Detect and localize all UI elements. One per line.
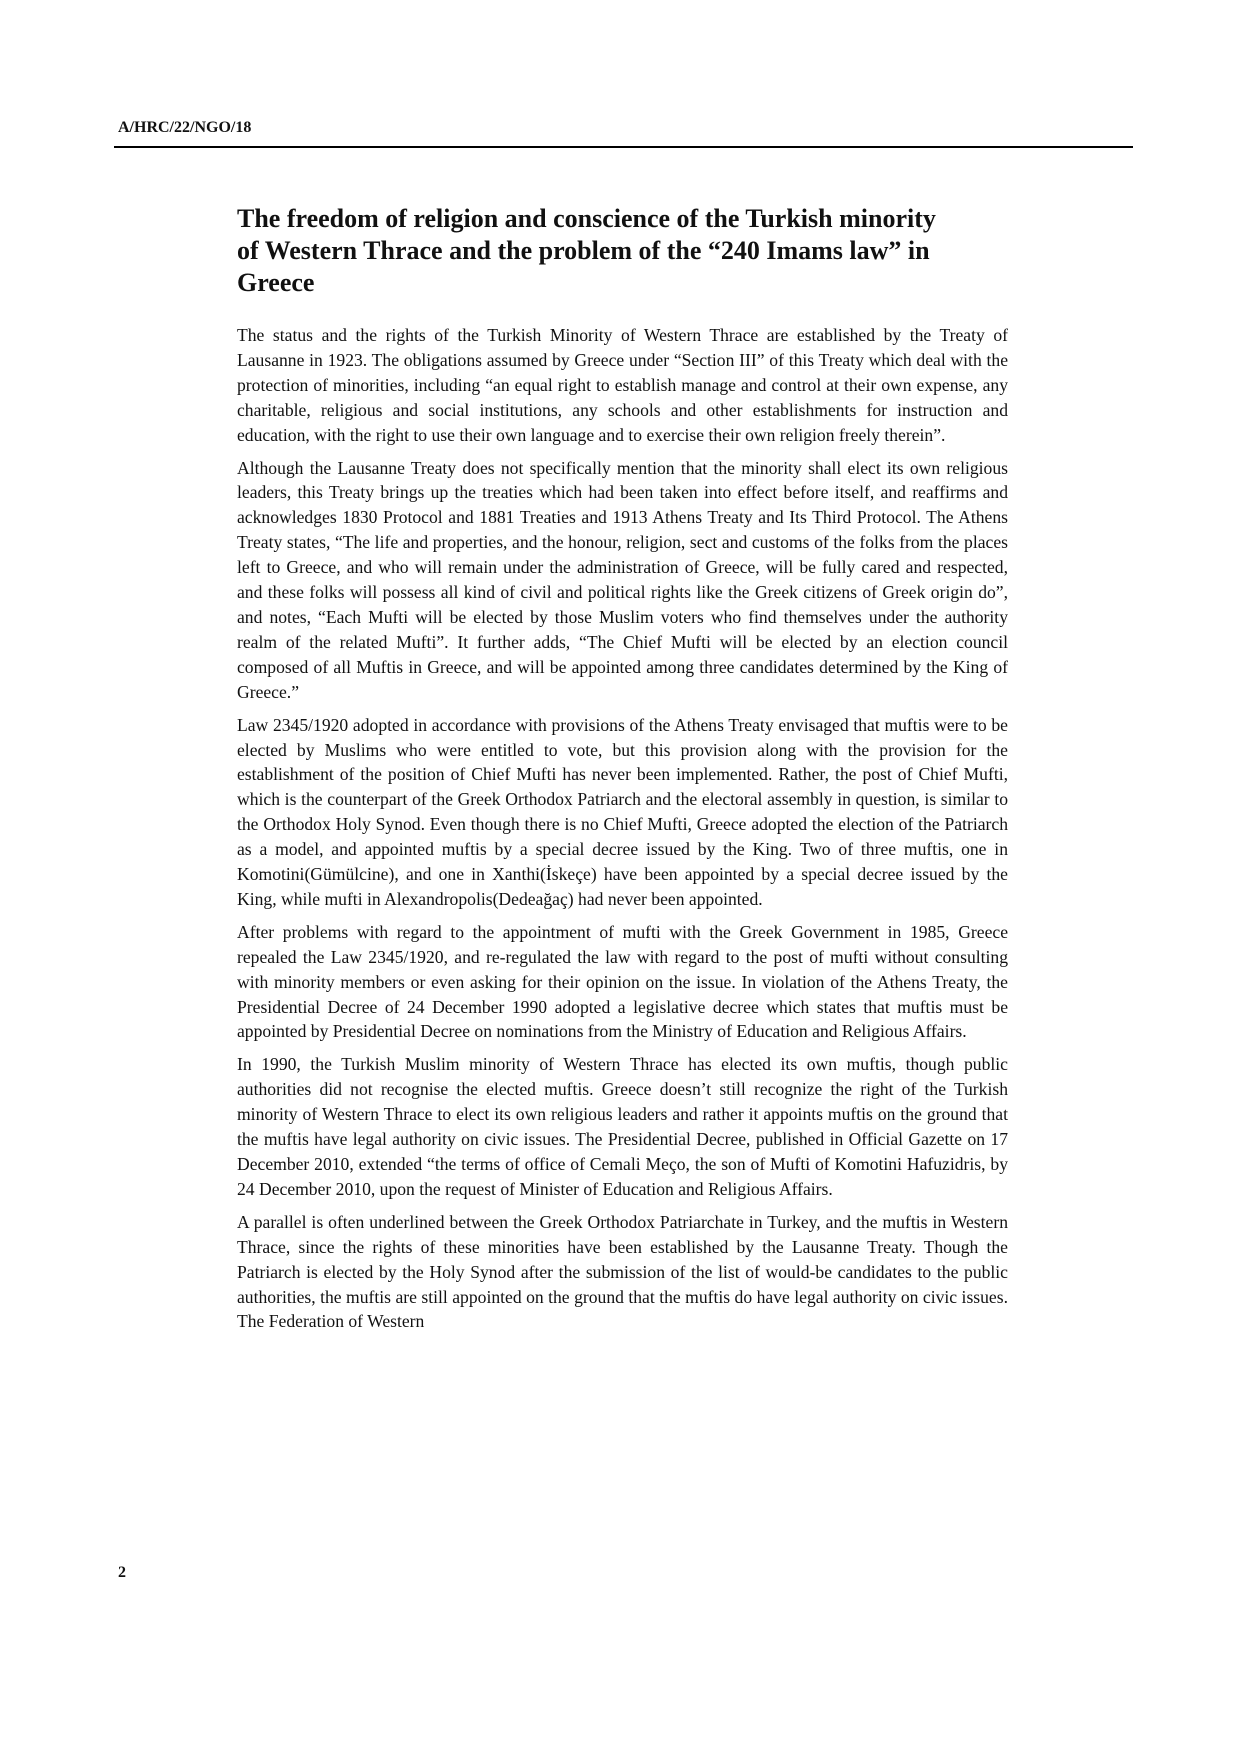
page-number: 2 <box>118 1564 126 1582</box>
paragraph-1990-elections: In 1990, the Turkish Muslim minority of … <box>237 1052 1008 1201</box>
paragraph-patriarchate-parallel: A parallel is often underlined between t… <box>237 1210 1008 1335</box>
paragraph-1985-repeal: After problems with regard to the appoin… <box>237 920 1008 1045</box>
paragraph-law-2345: Law 2345/1920 adopted in accordance with… <box>237 713 1008 912</box>
body-text: The status and the rights of the Turkish… <box>237 323 1008 1342</box>
document-title: The freedom of religion and conscience o… <box>237 203 957 299</box>
paragraph-athens-treaty: Although the Lausanne Treaty does not sp… <box>237 456 1008 705</box>
document-symbol: A/HRC/22/NGO/18 <box>118 119 251 137</box>
header-rule <box>114 146 1133 148</box>
paragraph-lausanne-status: The status and the rights of the Turkish… <box>237 323 1008 448</box>
